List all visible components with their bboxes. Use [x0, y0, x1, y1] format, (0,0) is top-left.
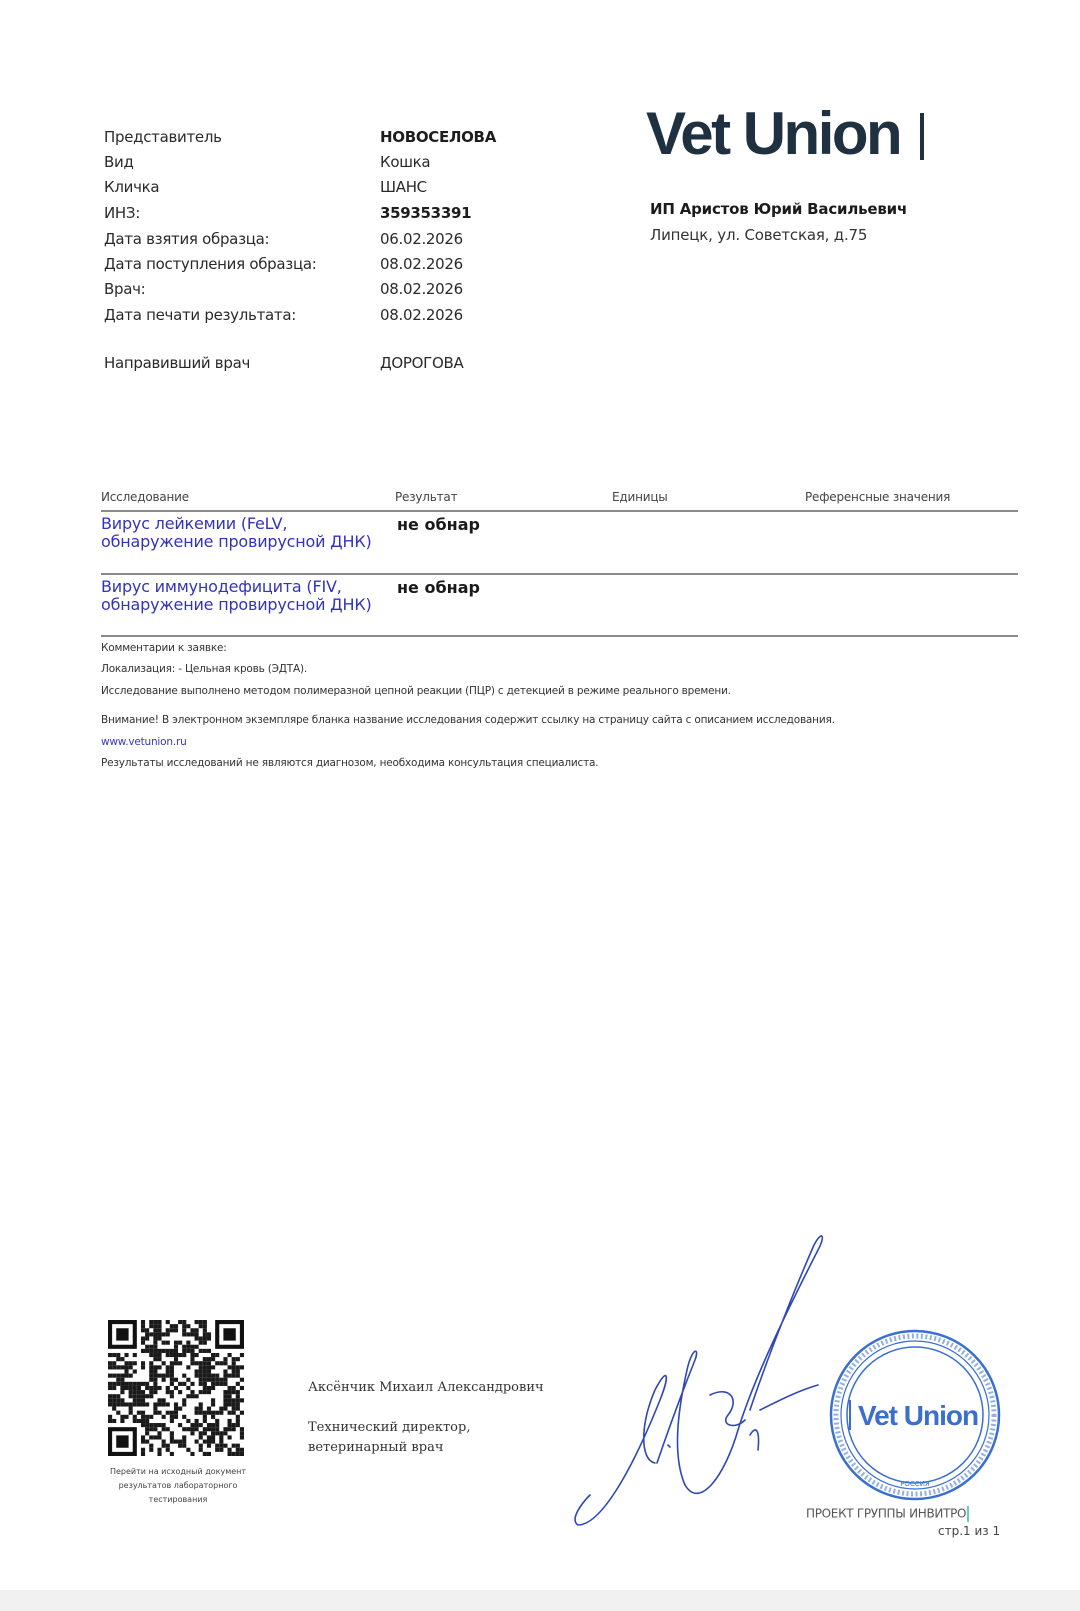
disclaimer-note: Результаты исследований не являются диаг…: [101, 757, 598, 769]
referring-doctor-value: ДОРОГОВА: [380, 354, 463, 372]
column-header-units: Единицы: [612, 490, 668, 504]
info-label: Кличка: [104, 178, 159, 196]
info-label: Представитель: [104, 128, 222, 146]
viewer-bottom-bar: [0, 1590, 1080, 1611]
qr-code[interactable]: [108, 1320, 244, 1456]
info-value: 08.02.2026: [380, 280, 463, 298]
column-header-test: Исследование: [101, 490, 189, 504]
info-label: Дата печати результата:: [104, 306, 296, 324]
signature-image: [560, 1225, 850, 1545]
test-result: не обнар: [397, 578, 480, 597]
signer-name: Аксёнчик Михаил Александрович: [308, 1380, 544, 1395]
info-label: Вид: [104, 153, 134, 171]
column-header-reference: Референсные значения: [805, 490, 950, 504]
row-divider: [101, 635, 1018, 637]
info-value: 359353391: [380, 204, 471, 222]
org-name: ИП Аристов Юрий Васильевич: [650, 200, 907, 218]
website-link[interactable]: www.vetunion.ru: [101, 736, 187, 748]
document-page: ПредставительНОВОСЕЛОВАВидКошкаКличкаШАН…: [0, 0, 1080, 1590]
info-value: 08.02.2026: [380, 306, 463, 324]
comments-label: Комментарии к заявке:: [101, 642, 227, 654]
stamp-country: РОССИЯ: [900, 1480, 930, 1488]
org-address: Липецк, ул. Советская, д.75: [650, 226, 867, 244]
vet-union-logo: Vet Union: [646, 104, 900, 164]
row-divider: [101, 573, 1018, 575]
warning-note: Внимание! В электронном экземпляре бланк…: [101, 714, 835, 726]
info-value: 06.02.2026: [380, 230, 463, 248]
info-label: Врач:: [104, 280, 145, 298]
text-cursor: [967, 1506, 969, 1522]
test-link-felv[interactable]: Вирус лейкемии (FeLV, обнаружение провир…: [101, 515, 386, 551]
info-value: Кошка: [380, 153, 430, 171]
project-label: ПРОЕКТ ГРУППЫ ИНВИТРО: [806, 1506, 969, 1522]
info-label: Дата поступления образца:: [104, 255, 317, 273]
page-number: стр.1 из 1: [938, 1524, 1000, 1538]
info-value: НОВОСЕЛОВА: [380, 128, 496, 146]
info-label: Дата взятия образца:: [104, 230, 269, 248]
column-header-result: Результат: [395, 490, 457, 504]
stamp-logo-text: Vet Union: [858, 1400, 978, 1431]
info-value: 08.02.2026: [380, 255, 463, 273]
company-stamp: Vet Union РОССИЯ: [828, 1328, 1002, 1502]
header-divider: [101, 510, 1018, 512]
localization-note: Локализация: - Цельная кровь (ЭДТА).: [101, 663, 307, 675]
test-link-fiv[interactable]: Вирус иммунодефицита (FIV, обнаружение п…: [101, 578, 386, 614]
logo-cursor-bar: [920, 113, 924, 160]
referring-doctor-label: Направивший врач: [104, 354, 250, 372]
signer-title: Технический директор, ветеринарный врач: [308, 1418, 488, 1458]
method-note: Исследование выполнено методом полимераз…: [101, 685, 731, 697]
qr-caption: Перейти на исходный документ результатов…: [98, 1465, 258, 1507]
project-text: ПРОЕКТ ГРУППЫ ИНВИТРО: [806, 1507, 966, 1521]
info-label: ИНЗ:: [104, 204, 140, 222]
test-result: не обнар: [397, 515, 480, 534]
info-value: ШАНС: [380, 178, 427, 196]
